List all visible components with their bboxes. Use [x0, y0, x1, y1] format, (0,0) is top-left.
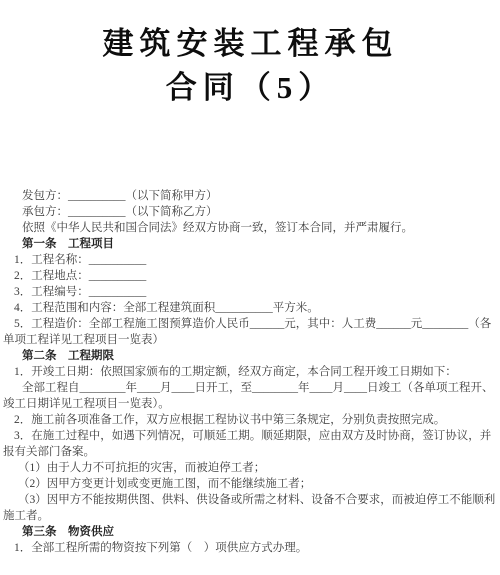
item-2-1-detail: 全部工程自________年____月____日开工，至________年___… [3, 380, 498, 412]
item-2-3-sub-3: （3）因甲方不能按期供图、供料、供设备或所需之材料、设备不合要求，而被迫停工不能… [3, 492, 498, 524]
title-line-2: 合同（5） [3, 66, 498, 110]
preamble: 依照《中华人民共和国合同法》经双方协商一致，签订本合同，并严肃履行。 [3, 220, 498, 236]
item-3-1: 1．全部工程所需的物资按下列第（ ）项供应方式办理。 [3, 540, 498, 556]
item-1-1: 1．工程名称：__________ [3, 252, 498, 268]
item-1-4: 4．工程范围和内容：全部工程建筑面积__________平方米。 [3, 300, 498, 316]
section-2-heading: 第二条 工程期限 [3, 348, 498, 364]
item-2-2: 2．施工前各项准备工作，双方应根据工程协议书中第三条规定，分别负责按照完成。 [3, 412, 498, 428]
item-2-3: 3．在施工过程中，如遇下列情况，可顺延工期。顺延期限，应由双方及时协商，签订协议… [3, 428, 498, 460]
item-1-5: 5．工程造价：全部工程施工图预算造价人民币______元，其中：人工费_____… [3, 316, 498, 348]
party-a-line: 发包方：__________（以下简称甲方） [3, 188, 498, 204]
item-1-2: 2．工程地点：__________ [3, 268, 498, 284]
item-2-3-sub-2: （2）因甲方变更计划或变更施工图，而不能继续施工者； [3, 476, 498, 492]
item-2-1: 1．开竣工日期：依照国家颁布的工期定额，经双方商定，本合同工程开竣工日期如下： [3, 364, 498, 380]
section-3-heading: 第三条 物资供应 [3, 524, 498, 540]
contract-body: 发包方：__________（以下简称甲方）承包方：__________（以下简… [3, 188, 498, 556]
title-line-1: 建筑安装工程承包 [3, 22, 498, 66]
item-1-3: 3．工程编号：__________ [3, 284, 498, 300]
section-1-heading: 第一条 工程项目 [3, 236, 498, 252]
contract-document: 建筑安装工程承包 合同（5） 发包方：__________（以下简称甲方）承包方… [0, 0, 500, 575]
document-title: 建筑安装工程承包 合同（5） [3, 22, 498, 110]
party-b-line: 承包方：__________（以下简称乙方） [3, 204, 498, 220]
item-2-3-sub-1: （1）由于人力不可抗拒的灾害，而被迫停工者； [3, 460, 498, 476]
